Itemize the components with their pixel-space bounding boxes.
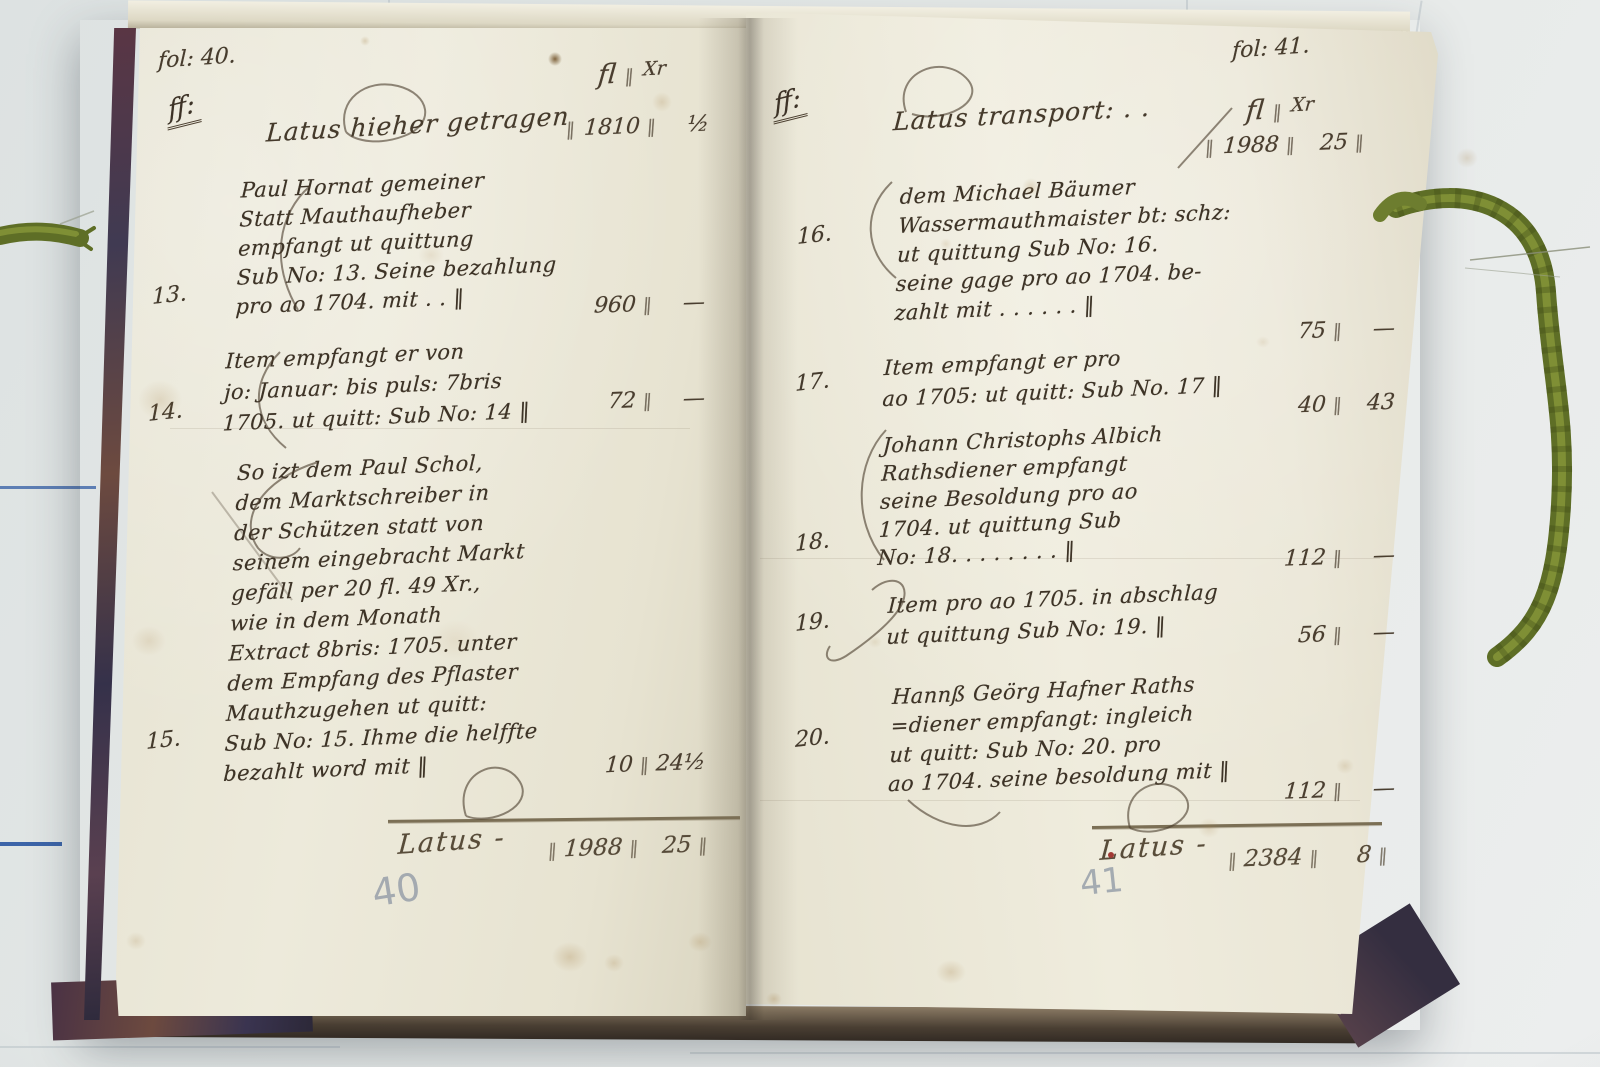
ledger-entry-text: Johann Christophs Albich Rathsdiener emp… (877, 420, 1164, 572)
amount-florin: 960 (577, 292, 637, 319)
amount-kreuzer: — (1348, 316, 1396, 343)
loose-thread (1465, 268, 1560, 277)
entry-number: 20. (795, 724, 830, 753)
amount-florin: 1988 (563, 834, 623, 862)
entry-amount: 10 ‖ 24½ (574, 750, 706, 780)
separator-mark: ‖ (1204, 137, 1214, 158)
amount-kreuzer: — (1348, 620, 1396, 647)
entry-number: 15. (146, 726, 181, 755)
foxing-spot (1456, 148, 1478, 168)
photo-of-open-ledger: fol: 40. ff: fl ‖ Xr Latus hieher getrag… (0, 0, 1600, 1067)
entry-number: 13. (152, 281, 187, 310)
amount-kreuzer: 25 (1301, 130, 1349, 157)
separator-mark: ‖ (1378, 845, 1388, 866)
foxing-spot (126, 932, 146, 950)
amount-kreuzer: 43 (1348, 390, 1396, 417)
amount-florin: 1810 (581, 114, 641, 141)
entry-amount: 75 ‖ — (1267, 316, 1396, 346)
separator-mark: ‖ (629, 838, 639, 859)
amount-kreuzer: — (658, 386, 706, 413)
foxing-spot (936, 960, 966, 984)
entry-number: 18. (795, 528, 830, 557)
amount-kreuzer: 25 (645, 832, 693, 860)
separator-mark: ‖ (565, 119, 575, 140)
currency-column-headers-left: fl ‖ Xr (597, 56, 667, 91)
currency-column-headers-right: fl ‖ Xr (1245, 92, 1315, 127)
foxing-spot (1336, 758, 1354, 774)
amount-florin: 112 (1267, 778, 1327, 805)
foxing-spot (1256, 336, 1270, 348)
amount-kreuzer: — (1348, 776, 1396, 803)
entry-amount: 112 ‖ — (1267, 776, 1396, 806)
carry-forward-amount-left: ‖ 1810 ‖ ½ (565, 111, 710, 141)
entry-amount: 112 ‖ — (1267, 543, 1396, 573)
foxing-spot (430, 620, 480, 660)
entry-amount: 56 ‖ — (1267, 620, 1396, 650)
separator-mark: ‖ (1332, 625, 1342, 646)
foxing-spot (138, 380, 182, 420)
separator-mark: ‖ (1332, 321, 1342, 342)
amount-kreuzer: 8 (1325, 842, 1373, 870)
amount-florin: 72 (577, 388, 637, 415)
separator-mark: ‖ (1332, 548, 1342, 569)
amount-kreuzer: ½ (662, 111, 710, 138)
separator-mark: ‖ (642, 391, 652, 412)
ribbon-highlight (1396, 198, 1562, 657)
table-seam (0, 1046, 340, 1048)
foxing-spot (1022, 178, 1040, 196)
foxing-spot (940, 238, 952, 250)
foxing-spot (418, 244, 444, 266)
separator-mark: ‖ (1272, 102, 1283, 124)
foxing-spot (868, 636, 882, 648)
entry-number: 17. (795, 368, 830, 397)
foxing-spot (766, 992, 782, 1006)
separator-mark: ‖ (1332, 395, 1342, 416)
ledger-entry-text: Paul Hornat gemeiner Statt Mauthaufheber… (235, 163, 561, 322)
amount-florin: 56 (1267, 622, 1327, 649)
ledger-entry-text: Hannß Geörg Hafner Raths =diener empfang… (888, 669, 1235, 800)
table-seam (690, 1052, 1600, 1054)
amount-kreuzer: — (1348, 543, 1396, 570)
amount-florin: 10 (574, 752, 634, 779)
green-ribbon-tie-left (0, 232, 80, 238)
separator-mark: ‖ (1309, 848, 1319, 869)
amount-florin: 75 (1267, 318, 1327, 345)
entry-number: 16. (797, 221, 832, 250)
entry-amount: 40 ‖ 43 (1267, 390, 1396, 420)
foxing-spot (552, 942, 588, 972)
foxing-spot (132, 626, 166, 656)
green-ribbon-tie-right (1396, 198, 1562, 657)
column-header-kreuzer: Xr (1290, 93, 1315, 116)
separator-mark: ‖ (646, 116, 656, 137)
loose-thread (1470, 247, 1590, 260)
separator-mark: ‖ (639, 755, 649, 776)
amount-kreuzer: — (658, 290, 706, 317)
foxing-spot (652, 92, 672, 112)
column-header-kreuzer: Xr (642, 57, 667, 80)
amount-florin: 1988 (1220, 132, 1280, 159)
separator-mark: ‖ (642, 295, 652, 316)
ledger-entry-text: So izt dem Paul Schol, dem Marktschreibe… (223, 445, 551, 789)
table-blue-line (0, 842, 62, 846)
separator-mark: ‖ (1332, 781, 1342, 802)
foxing-spot (688, 932, 712, 952)
entry-amount: 960 ‖ — (577, 290, 706, 320)
separator-mark: ‖ (624, 66, 635, 88)
amount-florin: 2384 (1243, 844, 1303, 872)
red-speck (1108, 852, 1114, 858)
foxing-spot (1198, 818, 1220, 838)
separator-mark: ‖ (1227, 850, 1237, 871)
ribbon-highlight (0, 229, 76, 234)
separator-mark: ‖ (547, 840, 557, 861)
separator-mark: ‖ (1354, 132, 1364, 153)
entry-number: 19. (795, 608, 830, 637)
amount-florin: 40 (1267, 392, 1327, 419)
separator-mark: ‖ (1285, 135, 1295, 156)
archival-pencil-number-right: 41 (1078, 860, 1125, 904)
archival-pencil-number-left: 40 (369, 864, 424, 915)
entry-amount: 72 ‖ — (577, 386, 706, 416)
foxing-spot (360, 36, 370, 46)
ink-speck (548, 52, 562, 66)
column-header-florin: fl (1245, 95, 1266, 127)
amount-florin: 112 (1267, 545, 1327, 572)
foxing-spot (604, 954, 624, 972)
ribbon-twist-shading (1396, 198, 1562, 657)
column-header-florin: fl (597, 59, 618, 91)
ledger-entry-text: Item empfangt er von jo: Januar: bis pul… (222, 333, 534, 439)
amount-kreuzer: 24½ (655, 750, 706, 777)
separator-mark: ‖ (698, 835, 708, 856)
